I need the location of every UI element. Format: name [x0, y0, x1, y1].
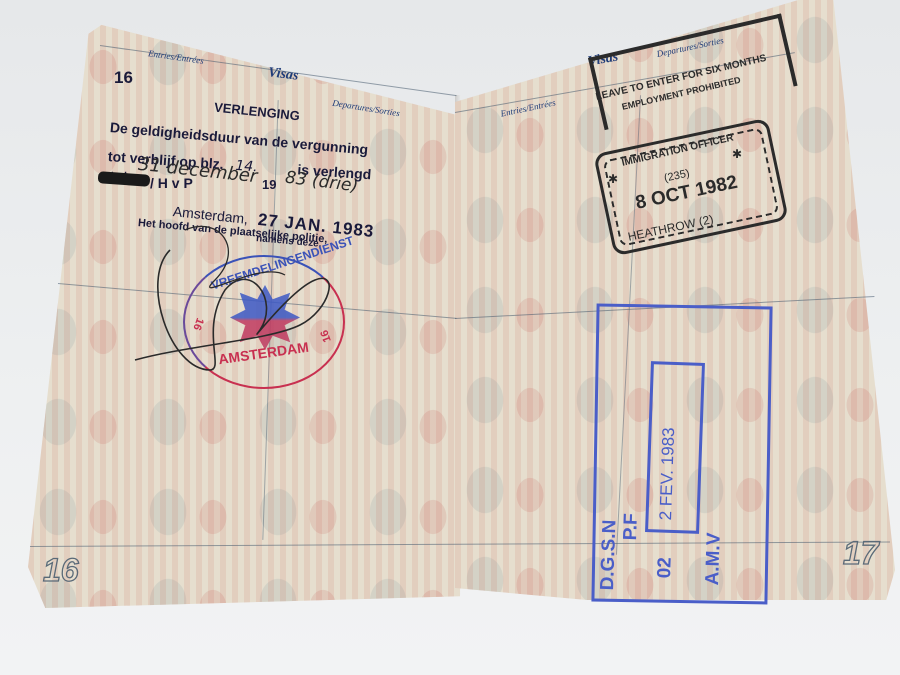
page-number-16: 16 [43, 552, 79, 589]
handwritten-signature [130, 220, 360, 390]
portugal-code: 02 [654, 557, 677, 579]
page-number-17: 17 [843, 535, 879, 572]
extension-line-4: / H v P [150, 175, 193, 191]
portugal-line-2: P.F [620, 513, 643, 541]
page-number-top: 16 [114, 68, 133, 88]
portugal-date: 2 FEV. 1983 [656, 427, 679, 521]
uk-star-right: ✱ [732, 147, 742, 161]
uk-star-left: ✱ [608, 172, 618, 186]
year-prefix: 19 [262, 177, 276, 192]
portugal-line-3: A.M.V [702, 532, 726, 586]
portugal-line-1: D.G.S.N [597, 519, 621, 590]
